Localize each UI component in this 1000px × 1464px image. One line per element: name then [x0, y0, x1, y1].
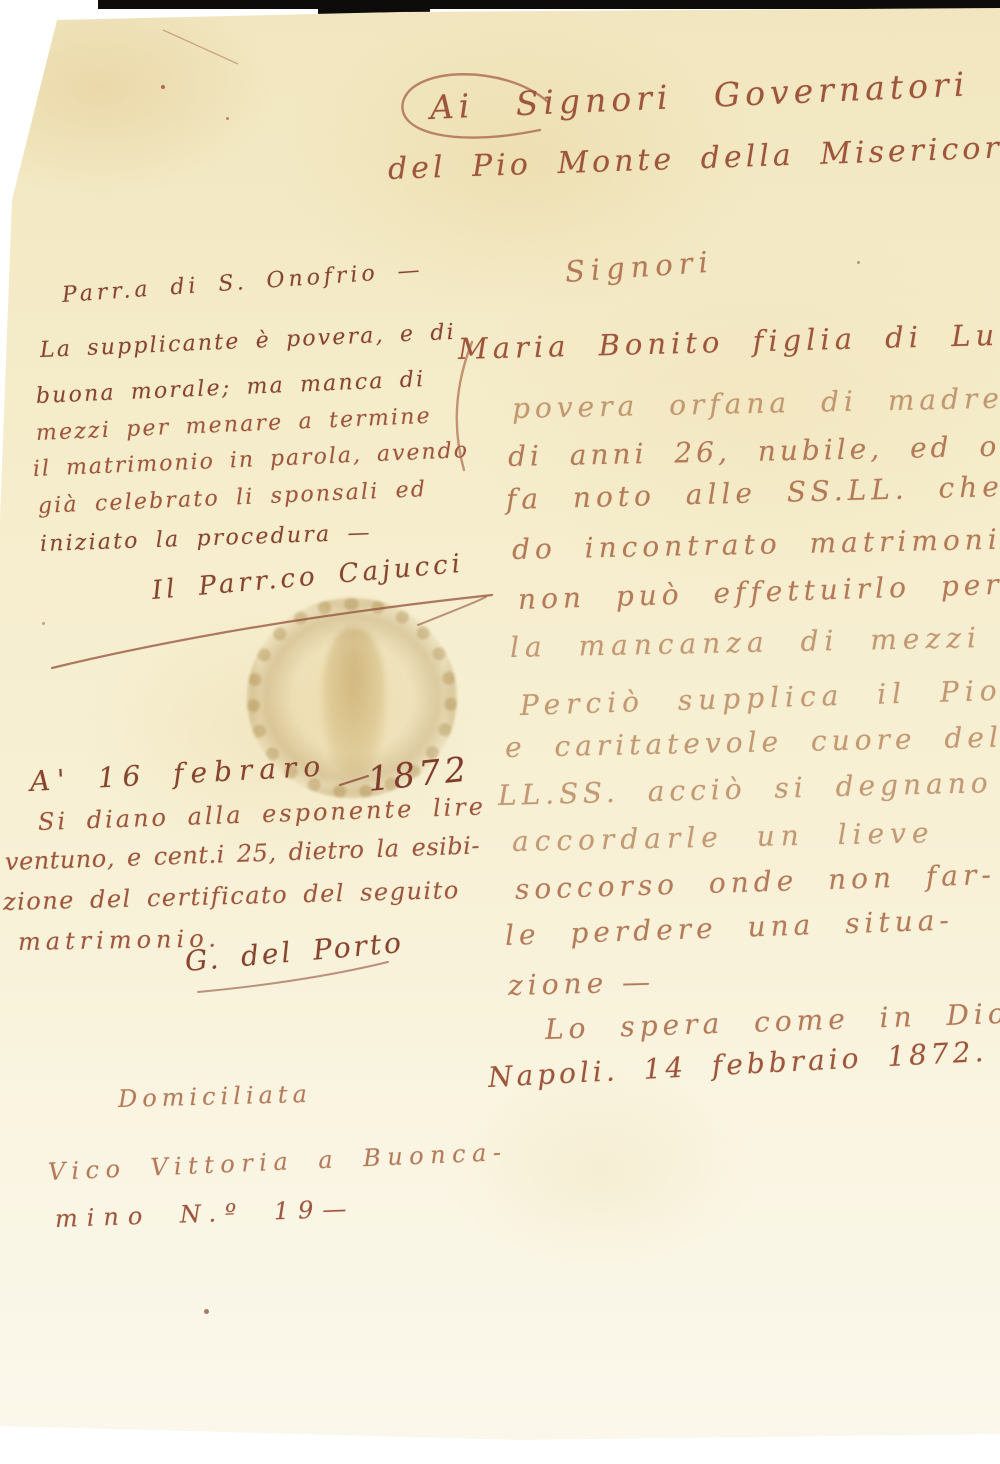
ink-speck: [204, 1309, 209, 1314]
body-line: zione —: [508, 965, 656, 1002]
ink-speck: [42, 622, 45, 625]
ink-speck: [857, 261, 860, 264]
seal-figure-icon: [322, 628, 386, 776]
scan-edge-strip: [98, 0, 1000, 9]
scanned-letter-page: Ai Signori Governatori del Pio Monte del…: [0, 0, 1000, 1464]
scan-edge-strip: [318, 0, 430, 14]
ink-speck: [226, 117, 229, 120]
ink-speck: [161, 85, 165, 89]
domicile-line: Domiciliata: [118, 1080, 313, 1113]
